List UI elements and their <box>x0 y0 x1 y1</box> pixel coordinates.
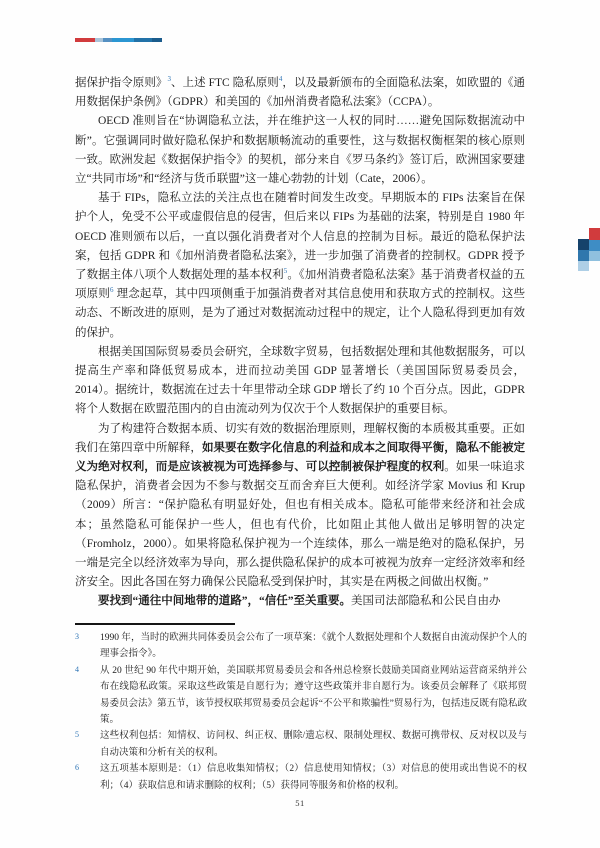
decorative-top-bar <box>75 38 162 42</box>
bar-segment <box>75 38 95 42</box>
paragraph: 为了构建符合数据本质、切实有效的数据治理原则，理解权衡的本质极其重要。正如我们在… <box>75 420 525 593</box>
bar-segment <box>152 38 162 42</box>
footnote-number: 4 <box>75 663 100 729</box>
bar-segment <box>95 38 103 42</box>
side-square <box>578 250 589 261</box>
footnote-text: 1990 年，当时的欧洲共同体委员会公布了一项草案：《就个人数据处理和个人数据自… <box>100 630 527 663</box>
paragraph: 据保护指令原则》3、上述 FTC 隐私原则4，以及最新颁布的全面隐私法案，如欧盟… <box>75 74 525 112</box>
side-square <box>589 251 600 261</box>
text-segment: 根据美国国际贸易委员会研究，全球数字贸易，包括数据处理和其他数据服务，可以提高生… <box>75 346 525 416</box>
page-number: 51 <box>0 798 600 808</box>
footnote: 6这五项基本原则是：（1）信息收集知情权；（2）信息使用知情权；（3）对信息的使… <box>75 761 527 794</box>
text-segment: OECD 准则旨在“协调隐私立法，并在维护这一人权的同时……避免国际数据流动中断… <box>75 115 525 185</box>
bar-segment <box>134 38 152 42</box>
text-segment: 。如果一味追求隐私保护，消费者会因为不参与数据交互而舍弃巨大便利。如经济学家 M… <box>75 461 525 588</box>
footnote: 4从 20 世纪 90 年代中期开始，美国联邦贸易委员会和各州总检察长鼓励美国商… <box>75 663 527 729</box>
emphasized-text: 要找到“通往中间地带的道路”，“信任”至关重要。 <box>98 595 351 607</box>
text-segment: 基于 FIPs，隐私立法的关注点也在随着时间发生改变。早期版本的 FIPs 法案… <box>75 192 525 281</box>
footnotes: 31990 年，当时的欧洲共同体委员会公布了一项草案：《就个人数据处理和个人数据… <box>75 630 527 794</box>
paragraph: 根据美国国际贸易委员会研究，全球数字贸易，包括数据处理和其他数据服务，可以提高生… <box>75 343 525 420</box>
footnote-separator <box>75 623 235 625</box>
footnote-text: 这五项基本原则是：（1）信息收集知情权；（2）信息使用知情权；（3）对信息的使用… <box>100 761 527 794</box>
side-square <box>589 228 600 240</box>
document-page: 据保护指令原则》3、上述 FTC 隐私原则4，以及最新颁布的全面隐私法案，如欧盟… <box>0 0 600 848</box>
text-segment: 、上述 FTC 隐私原则 <box>171 77 279 89</box>
body-text: 据保护指令原则》3、上述 FTC 隐私原则4，以及最新颁布的全面隐私法案，如欧盟… <box>75 74 525 612</box>
footnote-number: 5 <box>75 728 100 761</box>
footnote-number: 6 <box>75 761 100 794</box>
footnote: 5这些权利包括：知情权、访问权、纠正权、删除/遗忘权、限制处理权、数据可携带权、… <box>75 728 527 761</box>
side-square <box>578 261 589 271</box>
paragraph: 基于 FIPs，隐私立法的关注点也在随着时间发生改变。早期版本的 FIPs 法案… <box>75 189 525 343</box>
footnote-text: 从 20 世纪 90 年代中期开始，美国联邦贸易委员会和各州总检察长鼓励美国商业… <box>100 663 527 729</box>
side-square <box>589 240 600 251</box>
text-segment: 美国司法部隐私和公民自由办 <box>351 595 501 607</box>
bar-segment <box>112 38 134 42</box>
side-square <box>578 239 589 250</box>
footnote-number: 3 <box>75 630 100 663</box>
paragraph: 要找到“通往中间地带的道路”，“信任”至关重要。美国司法部隐私和公民自由办 <box>75 592 525 611</box>
text-segment: 据保护指令原则》 <box>75 77 167 89</box>
footnote: 31990 年，当时的欧洲共同体委员会公布了一项草案：《就个人数据处理和个人数据… <box>75 630 527 663</box>
paragraph: OECD 准则旨在“协调隐私立法，并在维护这一人权的同时……避免国际数据流动中断… <box>75 112 525 189</box>
bar-segment <box>103 38 112 42</box>
text-segment: 理念起草，其中四项侧重于加强消费者对其信息使用和获取方式的控制权。这些动态、不断… <box>75 288 525 338</box>
footnote-text: 这些权利包括：知情权、访问权、纠正权、删除/遗忘权、限制处理权、数据可携带权、反… <box>100 728 527 761</box>
